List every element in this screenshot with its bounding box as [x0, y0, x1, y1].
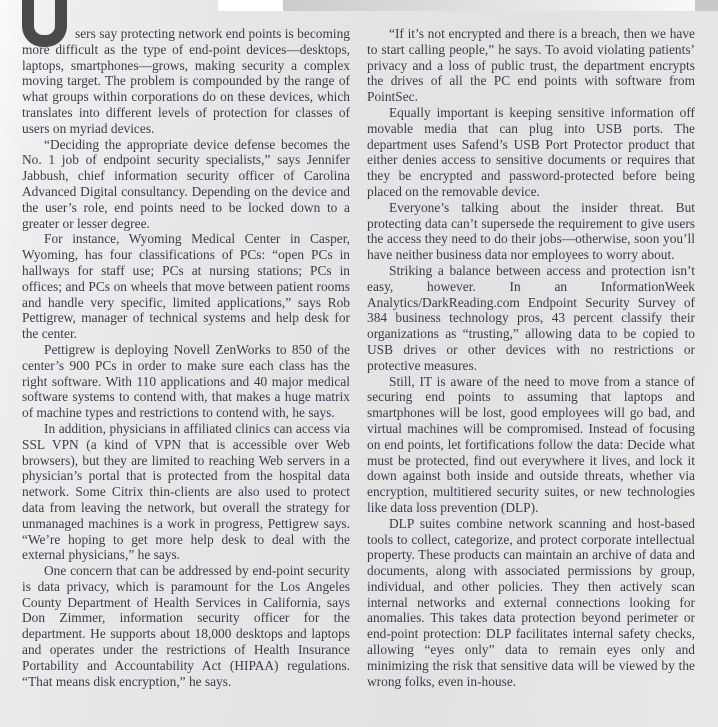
paragraph: One concern that can be addressed by end… — [22, 563, 350, 689]
left-column: sers say protecting network end points i… — [22, 26, 350, 689]
paragraph: Everyone’s talking about the insider thr… — [367, 200, 695, 263]
right-column: “If it’s not encrypted and there is a br… — [367, 26, 695, 689]
top-band-corner-segment — [695, 0, 718, 11]
paragraph: Striking a balance between access and pr… — [367, 263, 695, 374]
paragraph: “If it’s not encrypted and there is a br… — [367, 26, 695, 105]
paragraph: Still, IT is aware of the need to move f… — [367, 374, 695, 516]
paragraph: Equally important is keeping sensitive i… — [367, 105, 695, 200]
dropcap-spacer — [22, 26, 75, 40]
right-paragraph-list: “If it’s not encrypted and there is a br… — [367, 26, 695, 689]
lead-paragraph-text: sers say protecting network end points i… — [22, 26, 350, 136]
paragraph: Pettigrew is deploying Novell ZenWorks t… — [22, 342, 350, 421]
top-band-gradient-segment — [283, 0, 695, 11]
article-body: sers say protecting network end points i… — [22, 26, 695, 689]
paragraph: “Deciding the appropriate device defense… — [22, 137, 350, 232]
lead-paragraph: sers say protecting network end points i… — [22, 26, 350, 137]
magazine-article-page: sers say protecting network end points i… — [0, 0, 718, 727]
left-paragraph-list: “Deciding the appropriate device defense… — [22, 137, 350, 690]
paragraph: For instance, Wyoming Medical Center in … — [22, 231, 350, 342]
top-band-white-segment — [218, 0, 283, 11]
paragraph: In addition, physicians in affiliated cl… — [22, 421, 350, 563]
paragraph: DLP suites combine network scanning and … — [367, 516, 695, 690]
